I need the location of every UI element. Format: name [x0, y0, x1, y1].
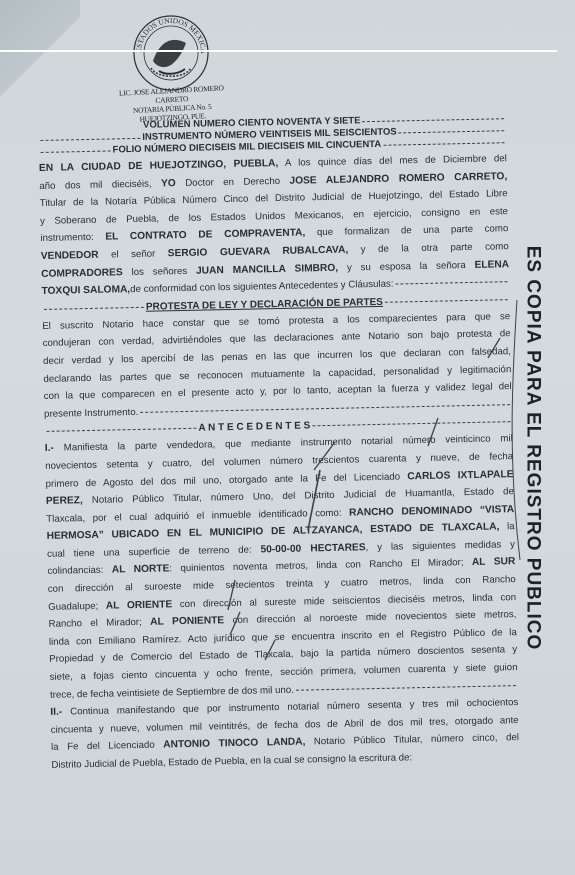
scanned-document-page: ESTADOS UNIDOS MEXICANOS LIC. JOSE ALEJA…	[0, 0, 575, 875]
registro-publico-stamp: ES COPIA PARA EL REGISTRO PUBLICO	[517, 307, 547, 589]
dash-leader	[383, 142, 504, 146]
dash-leader	[399, 130, 505, 133]
dash-leader	[363, 118, 505, 122]
dash-leader	[40, 137, 140, 140]
dash-leader	[140, 404, 510, 413]
dash-leader	[41, 150, 111, 152]
dash-leader	[44, 307, 144, 310]
intro-paragraph: EN LA CIUDAD DE HUEJOTZINGO, PUEBLA, A l…	[39, 150, 510, 301]
scan-artifact-line	[0, 50, 557, 52]
antecedente-2-paragraph: II.- Continua manifestando que por instr…	[50, 694, 519, 774]
page-fold-shadow	[0, 0, 80, 120]
protesta-paragraph: El suscrito Notario hace constar que se …	[42, 308, 512, 423]
dash-leader	[396, 282, 508, 285]
mexican-coat-of-arms-seal-icon: ESTADOS UNIDOS MEXICANOS	[131, 13, 211, 93]
dash-leader	[312, 421, 510, 426]
dash-leader	[46, 428, 196, 432]
dash-leader	[296, 685, 516, 691]
dash-leader	[385, 299, 508, 303]
antecedente-1-paragraph: I.- Manifiesta la parte vendedora, que m…	[45, 430, 518, 704]
document-body: VOLUMEN NUMERO CIENTO NOVENTA Y SIETE IN…	[38, 112, 520, 774]
